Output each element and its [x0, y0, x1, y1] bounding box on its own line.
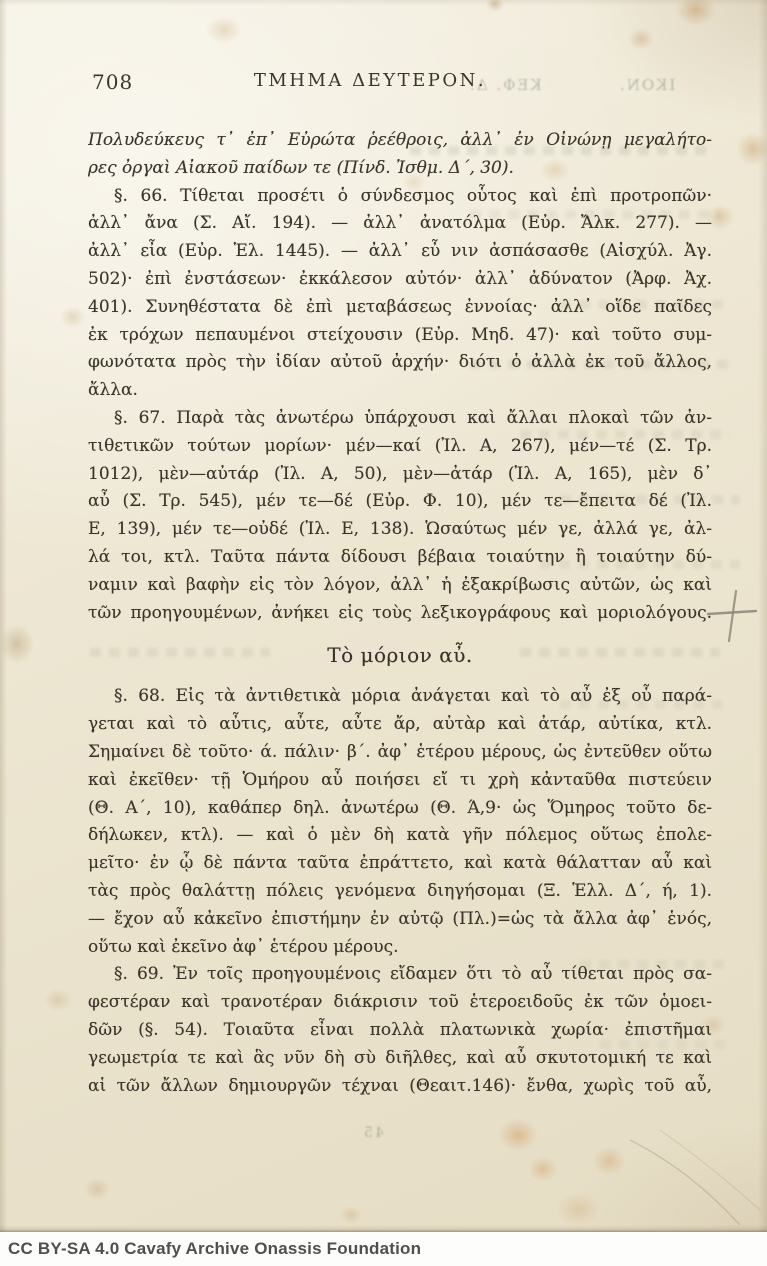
paragraph: §. 66. Τίθεται προσέτι ὁ σύνδεσμος οὗτος… — [88, 183, 712, 405]
text-line: ἀλλ᾽ εἶα (Εὐρ. Ἑλ. 1445). — ἀλλ᾽ εὖ νιν … — [88, 238, 712, 266]
stain — [340, 1206, 362, 1224]
text-line: ἀλλ᾽ ἄνα (Σ. Αἴ. 194). — ἀλλ᾽ ἀνατόλμα (… — [88, 210, 712, 238]
running-header: ΤΜΗΜΑ ΔΕΥΤΕΡΟΝ. — [0, 70, 740, 91]
text-line: αἱ τῶν ἄλλων δημιουργῶν τέχναι (Θεαιτ.14… — [88, 1073, 712, 1101]
text-line: καὶ ἐκεῖθεν· τῇ Ὁμήρου αὖ ποιήσει εἴ τι … — [88, 767, 712, 795]
stain — [0, 624, 34, 664]
text-line: τὰς πρὸς θαλάττῃ πόλεις γενόμενα διηγήσο… — [88, 878, 712, 906]
section-heading: Τὸ μόριον αὖ. — [88, 642, 712, 670]
bleedthrough-text: 45 — [362, 1125, 384, 1141]
text-line: ρες ὀργαὶ Αἰακοῦ παίδων τε (Πίνδ. Ἰσθμ. … — [88, 155, 712, 183]
stain — [44, 988, 72, 1012]
stain — [736, 132, 767, 166]
stain — [528, 1156, 558, 1182]
text-line: (Θ. Α΄, 10), καθάπερ δηλ. ἀνωτέρω (Θ. Ά,… — [88, 795, 712, 823]
stain — [498, 1118, 538, 1152]
text-line: φωνότατα πρὸς τὴν ἰδίαν αὐτοῦ ἀρχήν· διό… — [88, 349, 712, 377]
paragraph: §. 68. Εἰς τὰ ἀντιθετικὰ μόρια ἀνάγεται … — [88, 683, 712, 961]
text-line: ἐκ τρόχων πεπαυμένοι στείχουσιν (Εὐρ. Μη… — [88, 322, 712, 350]
text-line: Πολυδεύκευς τ᾽ ἐπ᾽ Εὐρώτα ῥεέθροις, ἀλλ᾽… — [88, 127, 712, 155]
text-block: Πολυδεύκευς τ᾽ ἐπ᾽ Εὐρώτα ῥεέθροις, ἀλλ᾽… — [88, 127, 712, 1100]
stain — [556, 1192, 600, 1226]
paper-fiber — [600, 1130, 767, 1232]
text-line: Σημαίνει δὲ τοῦτο· ά. πάλιν· β΄. ἀφ᾽ ἑτέ… — [88, 739, 712, 767]
text-line: οὕτω καὶ ἐκεῖνο ἀφ᾽ ἑτέρου μέρους. — [88, 934, 712, 962]
text-line: 401). Συνηθέστατα δὲ ἐπὶ μεταβάσεως ἐννο… — [88, 294, 712, 322]
verse-paragraph: Πολυδεύκευς τ᾽ ἐπ᾽ Εὐρώτα ῥεέθροις, ἀλλ᾽… — [88, 127, 712, 183]
license-footer-bar: CC BY-SA 4.0 Cavafy Archive Onassis Foun… — [0, 1232, 767, 1266]
text-line: §. 68. Εἰς τὰ ἀντιθετικὰ μόρια ἀνάγεται … — [88, 683, 712, 711]
text-line: τῶν προηγουμένων, ἀνήκει εἰς τοὺς λεξικο… — [88, 600, 712, 628]
text-line: μεῖτο· ἐν ᾧ δὲ πάντα ταῦτα ἐπράττετο, κα… — [88, 850, 712, 878]
pencil-cross-annotation — [698, 585, 760, 647]
text-line: αὖ (Σ. Τρ. 545), μέν τε—δέ (Εὐρ. Φ. 10),… — [88, 488, 712, 516]
stain — [206, 16, 242, 44]
text-line: γεται καὶ τὸ αὖτις, αὖτε, αὖτε ἄρ, αὐτὰρ… — [88, 711, 712, 739]
stain — [486, 0, 504, 12]
text-line: Ε, 139), μέν τε—οὐδέ (Ἰλ. Ε, 138). Ὡσαύτ… — [88, 516, 712, 544]
text-line: — ἔχον αὖ κἀκεῖνο ἐπιστήμην ἐν αὐτῷ (Πλ.… — [88, 906, 712, 934]
text-line: 1012), μὲν—αὐτάρ (Ἰλ. Α, 50), μὲν—ἀτάρ (… — [88, 461, 712, 489]
paragraph: §. 69. Ἐν τοῖς προηγουμένοις εἴδαμεν ὅτι… — [88, 961, 712, 1100]
text-line: δήλωκεν, κτλ). — καὶ ὁ μὲν δὴ κατὰ γῆν π… — [88, 822, 712, 850]
stain — [60, 306, 86, 328]
text-line: 502)· ἐπὶ ἐνστάσεων· ἐκκάλεσον αὐτόν· ἀλ… — [88, 266, 712, 294]
text-line: §. 69. Ἐν τοῖς προηγουμένοις εἴδαμεν ὅτι… — [88, 961, 712, 989]
page-header: 708 ΤΜΗΜΑ ΔΕΥΤΕΡΟΝ. — [0, 70, 740, 96]
stain — [592, 1146, 626, 1176]
text-line: δῶν (§. 54). Τοιαῦτα εἶναι πολλὰ πλατωνι… — [88, 1017, 712, 1045]
stain — [84, 1178, 110, 1200]
scanned-book-page: ΚΕΦ. Δ. ΙΚΟΝ. 45 708 ΤΜΗΜΑ ΔΕΥΤΕΡΟΝ. Πολ… — [0, 0, 767, 1232]
stain — [676, 0, 716, 26]
text-line: ναμιν καὶ βαφὴν εἰς τὸν λόγον, ἀλλ᾽ ἡ ἐξ… — [88, 572, 712, 600]
stain — [628, 28, 654, 50]
text-line: λά τοι, κτλ. Ταῦτα πάντα δίδουσι βέβαια … — [88, 544, 712, 572]
text-line: γεωμετρία τε καὶ ἃς νῦν δὴ σὺ διῆλθες, κ… — [88, 1045, 712, 1073]
license-text: CC BY-SA 4.0 Cavafy Archive Onassis Foun… — [0, 1239, 421, 1259]
paragraph: §. 67. Παρὰ τὰς ἀνωτέρω ὑπάρχουσι καὶ ἄλ… — [88, 405, 712, 627]
text-line: §. 66. Τίθεται προσέτι ὁ σύνδεσμος οὗτος… — [88, 183, 712, 211]
text-line: ἄλλα. — [88, 377, 712, 405]
text-line: φεστέραν καὶ τρανοτέραν διάκρισιν τοῦ ἑτ… — [88, 989, 712, 1017]
text-line: τιθετικῶν τούτων μορίων· μέν—καί (Ἰλ. Α,… — [88, 433, 712, 461]
text-line: §. 67. Παρὰ τὰς ἀνωτέρω ὑπάρχουσι καὶ ἄλ… — [88, 405, 712, 433]
